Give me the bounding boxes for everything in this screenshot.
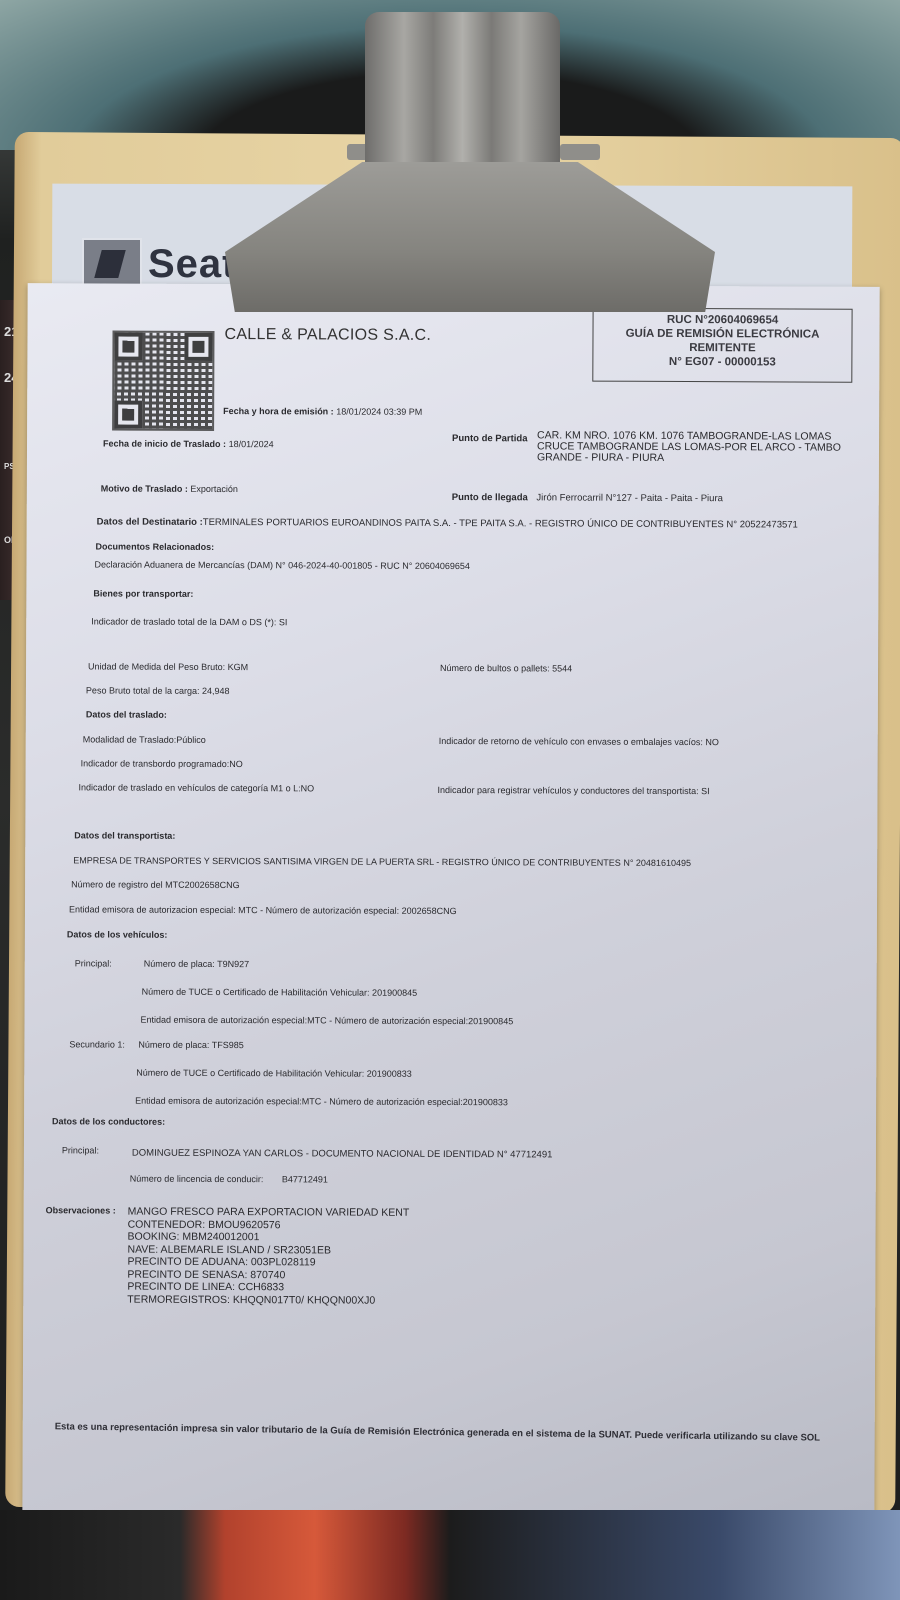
arrival-point: Punto de llegada Jirón Ferrocarril N°127…: [452, 492, 723, 504]
driver-license: Número de lincencia de conducir: B477124…: [130, 1174, 328, 1185]
transfer-data-label: Datos del traslado:: [86, 709, 167, 719]
observations-label: Observaciones :: [46, 1205, 116, 1215]
document-title: GUÍA DE REMISIÓN ELECTRÓNICA: [593, 327, 851, 342]
vehicle-principal-tuce: Número de TUCE o Certificado de Habilita…: [142, 987, 418, 998]
driver-principal-name: DOMINGUEZ ESPINOZA YAN CARLOS - DOCUMENT…: [132, 1148, 553, 1161]
vehicle-secondary-plate: Número de placa: TFS985: [138, 1040, 243, 1050]
departure-point-label: Punto de Partida: [452, 433, 528, 444]
observations-text: MANGO FRESCO PARA EXPORTACION VARIEDAD K…: [127, 1206, 409, 1307]
vehicle-secondary-role: Secundario 1:: [69, 1039, 125, 1049]
vehicle-secondary-authorization: Entidad emisora de autorización especial…: [135, 1096, 508, 1108]
binder-clip: [225, 12, 715, 312]
transshipment-indicator: Indicador de transbordo programado:NO: [81, 758, 243, 769]
qr-code-icon: [112, 331, 214, 431]
m1-category-indicator: Indicador de traslado en vehículos de ca…: [78, 782, 314, 793]
vehicle-principal-plate: Número de placa: T9N927: [144, 959, 249, 969]
gross-weight: Peso Bruto total de la carga: 24,948: [86, 685, 230, 696]
drivers-label: Datos de los conductores:: [52, 1116, 165, 1126]
weight-unit: Unidad de Medida del Peso Bruto: KGM: [88, 661, 248, 672]
goods-label: Bienes por transportar:: [93, 588, 193, 598]
document-number: N° EG07 - 00000153: [593, 355, 851, 370]
carrier-label: Datos del transportista:: [74, 830, 175, 840]
company-name: CALLE & PALACIOS S.A.C.: [224, 326, 431, 345]
dam-declaration: Declaración Aduanera de Mercancías (DAM)…: [94, 559, 469, 571]
ruc-header-box: RUC N°20604069654 GUÍA DE REMISIÓN ELECT…: [592, 308, 852, 383]
carrier-authorization: Entidad emisora de autorizacion especial…: [69, 904, 457, 916]
ruc-number: RUC N°20604069654: [594, 313, 852, 328]
document-subtitle: REMITENTE: [593, 341, 851, 356]
vehicles-label: Datos de los vehículos:: [67, 929, 168, 939]
transfer-start-date: Fecha de inicio de Traslado : 18/01/2024: [103, 438, 274, 449]
departure-point-address: CAR. KM NRO. 1076 KM. 1076 TAMBOGRANDE-L…: [537, 430, 841, 464]
remission-guide-document: CALLE & PALACIOS S.A.C. RUC N°2060406965…: [22, 283, 879, 1532]
car-seat-background: [0, 1510, 900, 1600]
carrier-name: EMPRESA DE TRANSPORTES Y SERVICIOS SANTI…: [73, 855, 691, 868]
driver-principal-role: Principal:: [62, 1145, 99, 1155]
packages-count: Número de bultos o pallets: 5544: [440, 663, 572, 674]
vehicle-principal-role: Principal:: [75, 958, 112, 968]
dam-total-indicator: Indicador de traslado total de la DAM o …: [91, 616, 287, 627]
logo-icon: [82, 238, 142, 290]
related-docs-label: Documentos Relacionados:: [96, 541, 215, 552]
vehicle-secondary-tuce: Número de TUCE o Certificado de Habilita…: [136, 1068, 412, 1079]
mtc-registry: Número de registro del MTC2002658CNG: [71, 879, 240, 890]
emission-datetime: Fecha y hora de emisión : 18/01/2024 03:…: [223, 406, 422, 417]
legal-footer: Esta es una representación impresa sin v…: [55, 1421, 820, 1443]
return-indicator: Indicador de retorno de vehículo con env…: [439, 736, 719, 747]
recipient-data: Datos del Destinatario :TERMINALES PORTU…: [97, 516, 798, 530]
vehicle-principal-authorization: Entidad emisora de autorización especial…: [140, 1015, 513, 1027]
transfer-modality: Modalidad de Traslado:Público: [83, 734, 206, 745]
transfer-reason: Motivo de Traslado : Exportación: [101, 483, 238, 494]
register-vehicles-indicator: Indicador para registrar vehículos y con…: [437, 785, 709, 796]
